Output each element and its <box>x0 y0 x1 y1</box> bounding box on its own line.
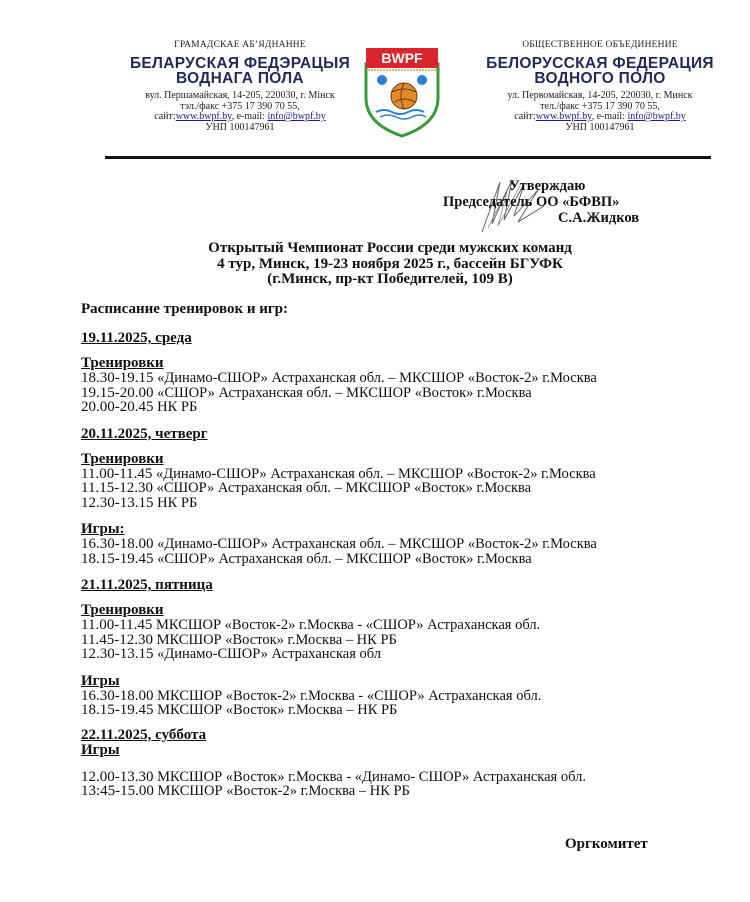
unp: УНП 100147961 <box>470 123 730 134</box>
org-type-ru: ОБЩЕСТВЕННОЕ ОБЪЕДИНЕНИЕ <box>470 40 730 50</box>
approval-position: Председатель ОО «БФВП» <box>443 194 619 210</box>
header-right-org: ОБЩЕСТВЕННОЕ ОБЪЕДИНЕНИЕ БЕЛОРУССКАЯ ФЕД… <box>470 40 730 133</box>
email-link[interactable]: info@bwpf.by <box>627 111 685 122</box>
schedule: Расписание тренировок и игр: 19.11.2025,… <box>81 300 721 799</box>
row-text: НК РБ <box>157 495 197 511</box>
address: вул. Першамайская, 14-205, 220030, г. Мі… <box>110 91 370 102</box>
address: ул. Первомайская, 14-205, 220030, г. Мин… <box>470 91 730 102</box>
section-title: Тренировки <box>81 452 721 467</box>
row-time: 12.30-13.15 <box>81 495 154 511</box>
approval-signatory: С.А.Жидков <box>558 210 639 226</box>
header-left-org: ГРАМАДСКАЕ АБ’ЯДНАННЕ БЕЛАРУСКАЯ ФЕДЭРАЦ… <box>110 40 370 133</box>
schedule-row: 20.00-20.45 НК РБ <box>81 400 721 415</box>
schedule-row: 16.30-18.00 «Динамо-СШОР» Астраханская о… <box>81 537 721 552</box>
row-text: НК РБ <box>157 399 197 415</box>
document-title: Открытый Чемпионат России среди мужских … <box>150 241 630 288</box>
row-text: «СШОР» Астраханская обл. – МКСШОР «Восто… <box>157 385 532 401</box>
row-text: «СШОР» Астраханская обл. – МКСШОР «Восто… <box>157 480 532 496</box>
day-date: 20.11.2025, четверг <box>81 425 721 443</box>
site-email-line: сайт:www.bwpf.by, e-mail: info@bwpf.by <box>470 112 730 123</box>
schedule-row: 16.30-18.00 МКСШОР «Восток-2» г.Москва -… <box>81 689 721 704</box>
svg-text:BWPF: BWPF <box>381 50 423 66</box>
day-date: 19.11.2025, среда <box>81 329 721 347</box>
section-title: Тренировки <box>81 603 721 618</box>
schedule-heading: Расписание тренировок и игр: <box>81 300 721 318</box>
org-name-ru: БЕЛОРУССКАЯ ФЕДЕРАЦИЯ ВОДНОГО ПОЛО <box>470 56 730 86</box>
site-label: сайт: <box>514 111 536 122</box>
schedule-row: 12.30-13.15 «Динамо-СШОР» Астраханская о… <box>81 647 721 662</box>
email-link[interactable]: info@bwpf.by <box>267 111 325 122</box>
section-title: Тренировки <box>81 356 721 371</box>
schedule-row: 18.15-19.45 «СШОР» Астраханская обл. – М… <box>81 552 721 567</box>
site-email-line: сайт:www.bwpf.by, e-mail: info@bwpf.by <box>110 112 370 123</box>
email-label: , e-mail: <box>232 111 268 122</box>
schedule-row: 12.30-13.15 НК РБ <box>81 496 721 511</box>
title-line1: Открытый Чемпионат России среди мужских … <box>150 241 630 257</box>
schedule-row: 18.15-19.45 МКСШОР «Восток» г.Москва – Н… <box>81 703 721 718</box>
row-time: 20.00-20.45 <box>81 399 154 415</box>
row-text: МКСШОР «Восток» г.Москва – НК РБ <box>157 702 397 718</box>
approval-label: Утверждаю <box>509 178 585 194</box>
day-date: 22.11.2025, суббота <box>81 728 721 743</box>
org-contacts-ru: ул. Первомайская, 14-205, 220030, г. Мин… <box>470 91 730 133</box>
row-time: 13:45-15.00 <box>81 783 154 799</box>
site-label: сайт: <box>154 111 176 122</box>
org-name-line2: ВОДНАГА ПОЛА <box>110 71 370 86</box>
signoff: Оргкомитет <box>565 836 648 853</box>
schedule-row: 11.45-12.30 МКСШОР «Восток» г.Москва – Н… <box>81 633 721 648</box>
water-polo-shield-icon: BWPF <box>362 46 442 138</box>
row-time: 12.30-13.15 <box>81 646 154 662</box>
row-time: 18.15-19.45 <box>81 551 154 567</box>
section-title: Игры <box>81 743 721 758</box>
day-date: 21.11.2025, пятница <box>81 576 721 594</box>
schedule-row: 19.15-20.00 «СШОР» Астраханская обл. – М… <box>81 386 721 401</box>
schedule-row: 18.30-19.15 «Динамо-СШОР» Астраханская о… <box>81 371 721 386</box>
org-name-line1: БЕЛАРУСКАЯ ФЕДЭРАЦЫЯ <box>110 56 370 71</box>
row-text: МКСШОР «Восток-2» г.Москва – НК РБ <box>158 783 410 799</box>
schedule-row: 13:45-15.00 МКСШОР «Восток-2» г.Москва –… <box>81 784 721 799</box>
unp: УНП 100147961 <box>110 123 370 134</box>
title-line2: 4 тур, Минск, 19-23 ноября 2025 г., басс… <box>150 257 630 273</box>
bwpf-logo: BWPF <box>362 46 442 138</box>
section-title: Игры <box>81 674 721 689</box>
org-name-line2: ВОДНОГО ПОЛО <box>470 71 730 86</box>
section-title: Игры: <box>81 522 721 537</box>
row-text: «СШОР» Астраханская обл. – МКСШОР «Восто… <box>157 551 532 567</box>
site-link[interactable]: www.bwpf.by <box>176 111 232 122</box>
row-time: 18.15-19.45 <box>81 702 154 718</box>
org-contacts-by: вул. Першамайская, 14-205, 220030, г. Мі… <box>110 91 370 133</box>
site-link[interactable]: www.bwpf.by <box>536 111 592 122</box>
schedule-row: 12.00-13.30 МКСШОР «Восток» г.Москва - «… <box>81 770 721 785</box>
row-text: «Динамо-СШОР» Астраханская обл <box>157 646 381 662</box>
org-name-line1: БЕЛОРУССКАЯ ФЕДЕРАЦИЯ <box>470 56 730 71</box>
org-type-by: ГРАМАДСКАЕ АБ’ЯДНАННЕ <box>110 40 370 50</box>
schedule-row: 11.00-11.45 МКСШОР «Восток-2» г.Москва -… <box>81 618 721 633</box>
org-name-by: БЕЛАРУСКАЯ ФЕДЭРАЦЫЯ ВОДНАГА ПОЛА <box>110 56 370 86</box>
header-divider <box>105 156 711 159</box>
email-label: , e-mail: <box>592 111 628 122</box>
schedule-row: 11.15-12.30 «СШОР» Астраханская обл. – М… <box>81 481 721 496</box>
schedule-row: 11.00-11.45 «Динамо-СШОР» Астраханская о… <box>81 467 721 482</box>
title-line3: (г.Минск, пр-кт Победителей, 109 В) <box>150 272 630 288</box>
